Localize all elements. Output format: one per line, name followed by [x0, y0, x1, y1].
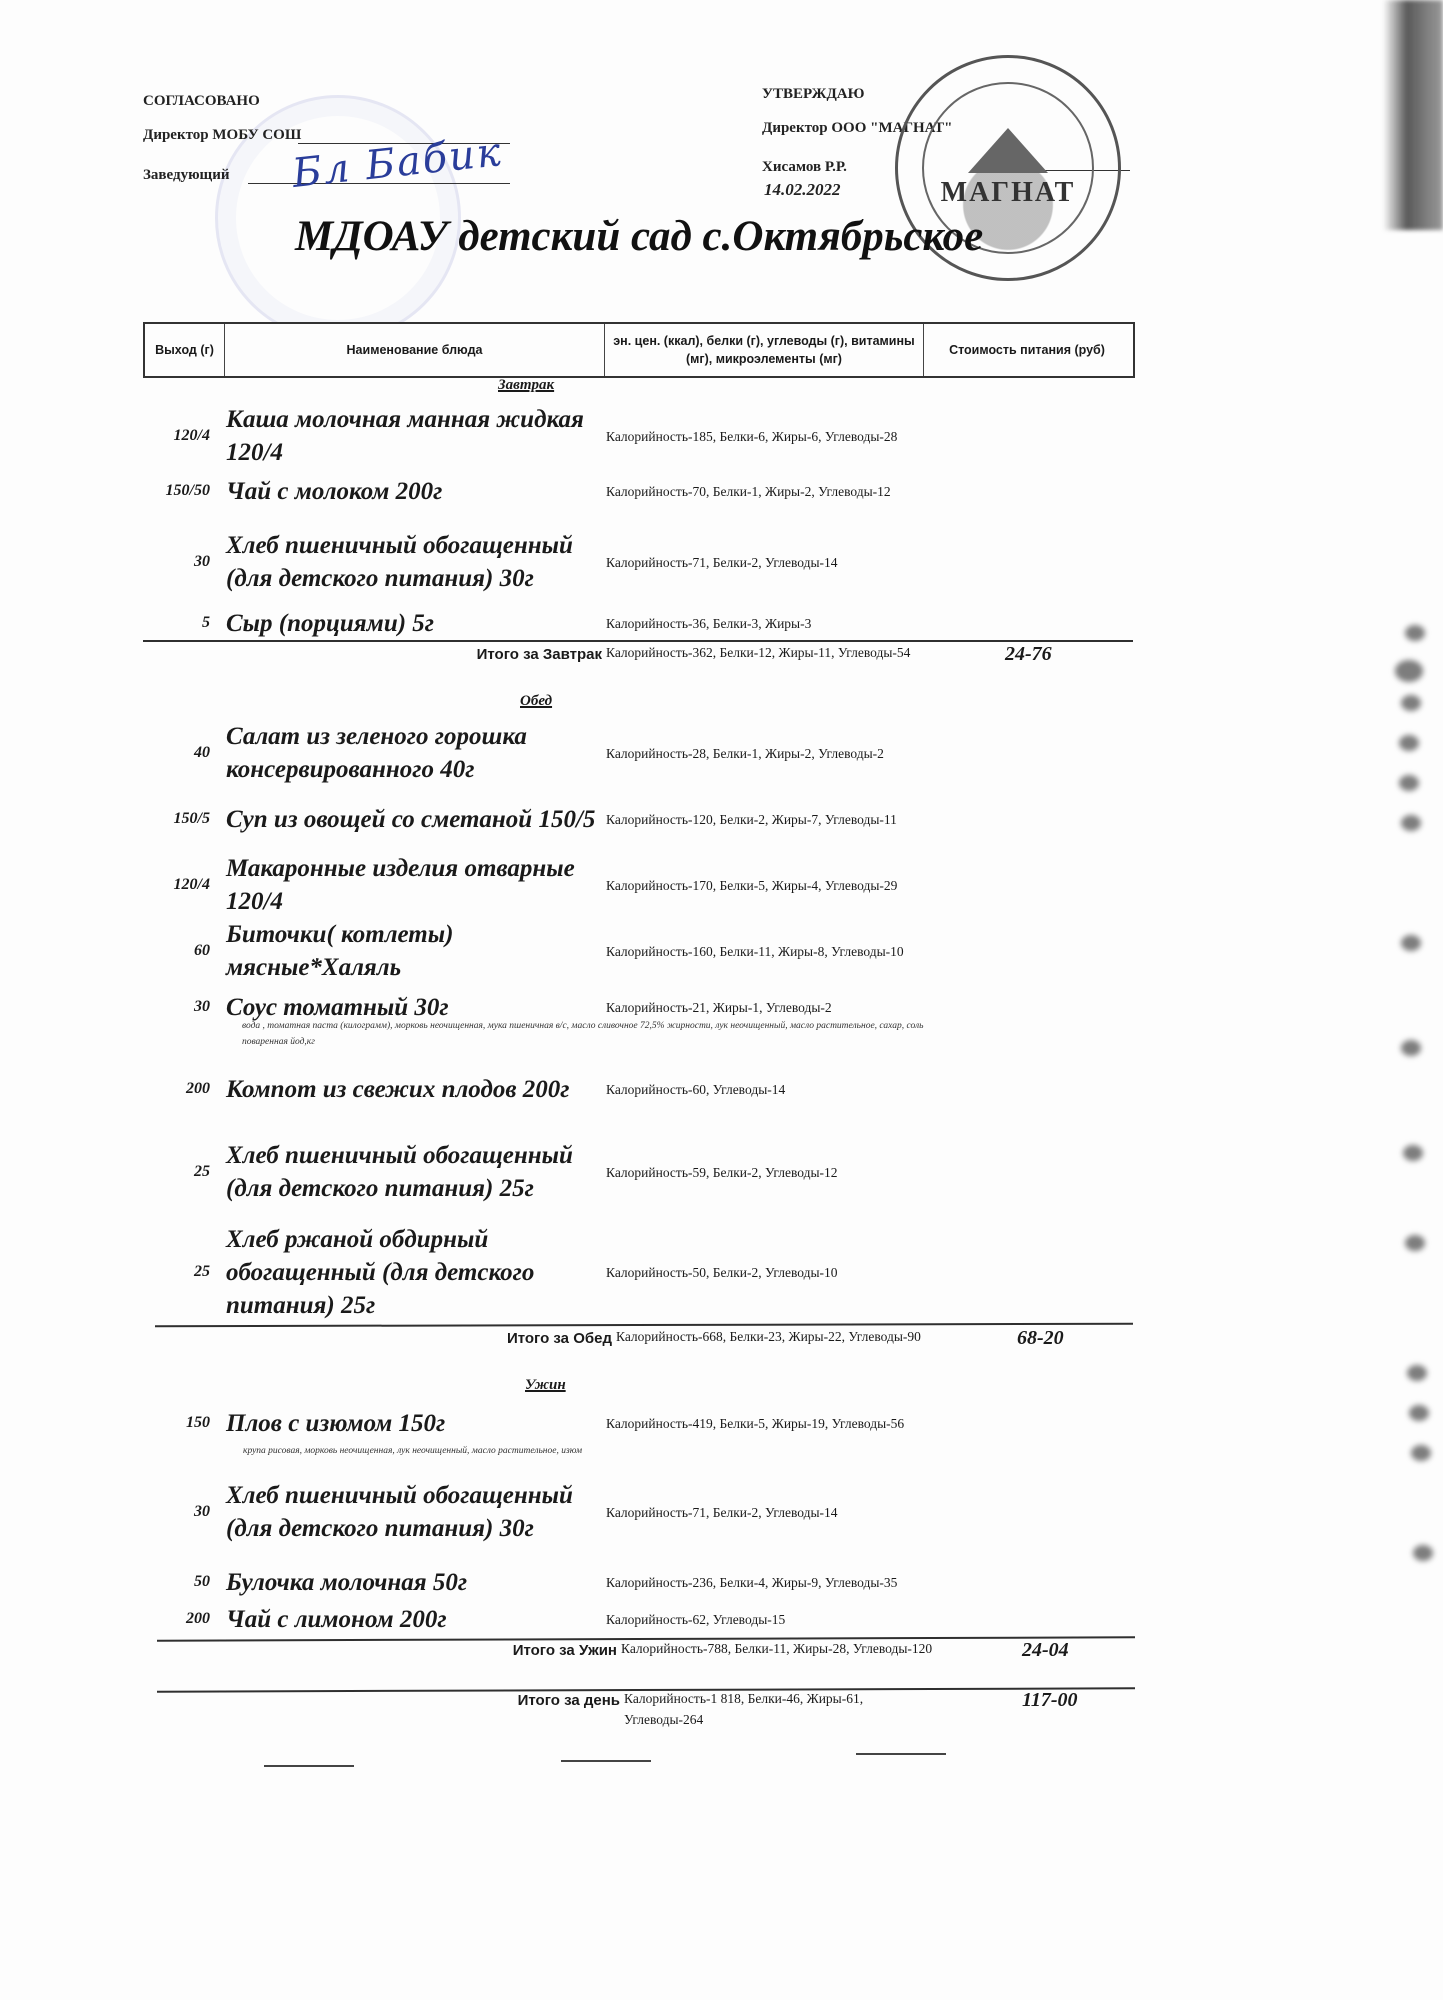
approved-label: УТВЕРЖДАЮ: [762, 86, 865, 103]
footer-signature-line: [561, 1760, 651, 1762]
dish-name: Компот из свежих плодов 200г: [220, 1073, 600, 1106]
dish-yield: 25: [143, 1163, 220, 1181]
dish-nutrition: Калорийность-185, Белки-6, Жиры-6, Углев…: [600, 426, 930, 447]
column-header-cost: Стоимость питания (руб): [924, 324, 1130, 376]
dish-yield: 30: [143, 998, 220, 1016]
dish-yield: 150: [143, 1414, 220, 1432]
dish-name: Сыр (порциями) 5г: [220, 607, 600, 640]
footer-signature-line: [856, 1753, 946, 1755]
lunch-total-nutrition: Калорийность-668, Белки-23, Жиры-22, Угл…: [616, 1326, 936, 1347]
dish-nutrition: Калорийность-50, Белки-2, Углеводы-10: [600, 1262, 930, 1283]
dish-nutrition: Калорийность-28, Белки-1, Жиры-2, Углево…: [600, 743, 930, 764]
day-total-label: Итого за день: [380, 1692, 620, 1709]
dish-nutrition: Калорийность-71, Белки-2, Углеводы-14: [600, 552, 930, 573]
dish-yield: 25: [143, 1263, 220, 1281]
dish-name: Хлеб пшеничный обогащенный (для детского…: [220, 1479, 600, 1545]
table-row: 200 Компот из свежих плодов 200г Калорий…: [143, 1056, 1131, 1122]
dish-name: Хлеб ржаной обдирный обогащенный (для де…: [220, 1223, 600, 1322]
dish-name: Биточки( котлеты) мясные*Халяль: [220, 918, 600, 984]
dish-nutrition: Калорийность-59, Белки-2, Углеводы-12: [600, 1162, 930, 1183]
dinner-total-label: Итого за Ужин: [380, 1642, 617, 1659]
dinner-total-nutrition: Калорийность-788, Белки-11, Жиры-28, Угл…: [621, 1638, 941, 1659]
page-title: МДОАУ детский сад с.Октябрьское: [295, 212, 983, 261]
dish-nutrition: Калорийность-160, Белки-11, Жиры-8, Угле…: [600, 941, 930, 962]
mountain-icon: [968, 128, 1048, 173]
table-row: 30 Хлеб пшеничный обогащенный (для детск…: [143, 512, 1131, 612]
scan-artifact: [1411, 1445, 1431, 1461]
scan-artifact: [1401, 1040, 1421, 1056]
dish-name: Хлеб пшеничный обогащенный (для детского…: [220, 529, 600, 595]
scan-artifact: [1405, 625, 1425, 641]
day-total-cost: 117-00: [1022, 1689, 1078, 1712]
dish-nutrition: Калорийность-21, Жиры-1, Углеводы-2: [600, 997, 930, 1018]
column-header-yield: Выход (г): [145, 324, 225, 376]
dish-name: Плов с изюмом 150г: [220, 1407, 600, 1440]
section-title-dinner: Ужин: [525, 1377, 566, 1394]
dish-yield: 150/50: [143, 482, 220, 500]
scan-artifact: [1407, 1365, 1427, 1381]
dish-yield: 120/4: [143, 876, 220, 894]
scan-artifact: [1413, 1545, 1433, 1561]
dish-nutrition: Калорийность-419, Белки-5, Жиры-19, Угле…: [600, 1413, 930, 1434]
table-row: 40 Салат из зеленого горошка консервиров…: [143, 720, 1131, 786]
lunch-total-label: Итого за Обед: [380, 1330, 612, 1347]
dish-yield: 200: [143, 1610, 220, 1628]
scan-artifact: [1401, 695, 1421, 711]
dish-nutrition: Калорийность-36, Белки-3, Жиры-3: [600, 613, 930, 634]
breakfast-total-label: Итого за Завтрак: [380, 646, 602, 663]
table-row: 200 Чай с лимоном 200г Калорийность-62, …: [143, 1604, 1131, 1634]
dish-yield: 30: [143, 553, 220, 571]
dish-nutrition: Калорийность-120, Белки-2, Жиры-7, Углев…: [600, 809, 930, 830]
table-row: 5 Сыр (порциями) 5г Калорийность-36, Бел…: [143, 608, 1131, 638]
dinner-total-cost: 24-04: [1022, 1639, 1069, 1662]
dish-nutrition: Калорийность-60, Углеводы-14: [600, 1079, 930, 1100]
table-row: 120/4 Макаронные изделия отварные 120/4 …: [143, 852, 1131, 918]
scan-artifact: [1399, 735, 1419, 751]
dish-yield: 30: [143, 1503, 220, 1521]
dish-nutrition: Калорийность-170, Белки-5, Жиры-4, Углев…: [600, 875, 930, 896]
day-total-nutrition: Калорийность-1 818, Белки-46, Жиры-61, У…: [624, 1688, 944, 1730]
dish-yield: 50: [143, 1573, 220, 1591]
head-label: Заведующий: [143, 167, 229, 184]
scan-edge-artifact: [1383, 0, 1443, 230]
dish-yield: 5: [143, 614, 220, 632]
agreed-label: СОГЛАСОВАНО: [143, 93, 260, 110]
dish-name: Хлеб пшеничный обогащенный (для детского…: [220, 1139, 600, 1205]
dish-name: Булочка молочная 50г: [220, 1566, 600, 1599]
dish-nutrition: Калорийность-70, Белки-1, Жиры-2, Углево…: [600, 481, 930, 502]
scan-artifact: [1403, 1145, 1423, 1161]
scan-artifact: [1409, 1405, 1429, 1421]
scan-artifact: [1401, 815, 1421, 831]
dish-name: Салат из зеленого горошка консервированн…: [220, 720, 600, 786]
dish-name: Каша молочная манная жидкая 120/4: [220, 403, 600, 469]
footer-signature-line: [264, 1765, 354, 1767]
dish-yield: 150/5: [143, 810, 220, 828]
dish-ingredients: крупа рисовая, морковь неочищенная, лук …: [243, 1443, 963, 1459]
scan-artifact: [1395, 660, 1423, 682]
table-row: 150/5 Суп из овощей со сметаной 150/5 Ка…: [143, 786, 1131, 852]
scan-artifact: [1401, 935, 1421, 951]
breakfast-total-cost: 24-76: [1005, 643, 1052, 666]
section-title-breakfast: Завтрак: [498, 377, 554, 394]
dish-nutrition: Калорийность-71, Белки-2, Углеводы-14: [600, 1502, 930, 1523]
dish-yield: 120/4: [143, 427, 220, 445]
lunch-total-cost: 68-20: [1017, 1327, 1064, 1350]
table-row: 25 Хлеб пшеничный обогащенный (для детск…: [143, 1122, 1131, 1222]
table-row: 120/4 Каша молочная манная жидкая 120/4 …: [143, 403, 1131, 469]
table-header: Выход (г) Наименование блюда эн. цен. (к…: [143, 322, 1135, 378]
director-name: Хисамов Р.Р.: [762, 159, 847, 176]
table-row: 50 Булочка молочная 50г Калорийность-236…: [143, 1560, 1131, 1604]
dish-name: Макаронные изделия отварные 120/4: [220, 852, 600, 918]
dish-yield: 60: [143, 942, 220, 960]
table-row: 30 Хлеб пшеничный обогащенный (для детск…: [143, 1462, 1131, 1562]
table-row: 150/50 Чай с молоком 200г Калорийность-7…: [143, 469, 1131, 513]
dish-yield: 40: [143, 744, 220, 762]
column-header-dish: Наименование блюда: [225, 324, 605, 376]
dish-name: Суп из овощей со сметаной 150/5: [220, 803, 600, 836]
scan-artifact: [1399, 775, 1419, 791]
dish-nutrition: Калорийность-62, Углеводы-15: [600, 1609, 930, 1630]
dish-yield: 200: [143, 1080, 220, 1098]
table-row: 150 Плов с изюмом 150г Калорийность-419,…: [143, 1398, 1131, 1448]
table-row: 60 Биточки( котлеты) мясные*Халяль Калор…: [143, 918, 1131, 984]
dish-name: Чай с лимоном 200г: [220, 1603, 600, 1636]
dish-name: Чай с молоком 200г: [220, 475, 600, 508]
approval-date: 14.02.2022: [764, 180, 841, 200]
scan-artifact: [1405, 1235, 1425, 1251]
dish-nutrition: Калорийность-236, Белки-4, Жиры-9, Углев…: [600, 1572, 930, 1593]
section-title-lunch: Обед: [520, 693, 552, 710]
school-director-label: Директор МОБУ СОШ: [143, 127, 301, 144]
breakfast-total-nutrition: Калорийность-362, Белки-12, Жиры-11, Угл…: [606, 642, 926, 663]
table-row: 25 Хлеб ржаной обдирный обогащенный (для…: [143, 1222, 1131, 1322]
column-header-nutrition: эн. цен. (ккал), белки (г), углеводы (г)…: [605, 324, 924, 376]
dish-ingredients: вода , томатная паста (килограмм), морко…: [242, 1018, 962, 1050]
